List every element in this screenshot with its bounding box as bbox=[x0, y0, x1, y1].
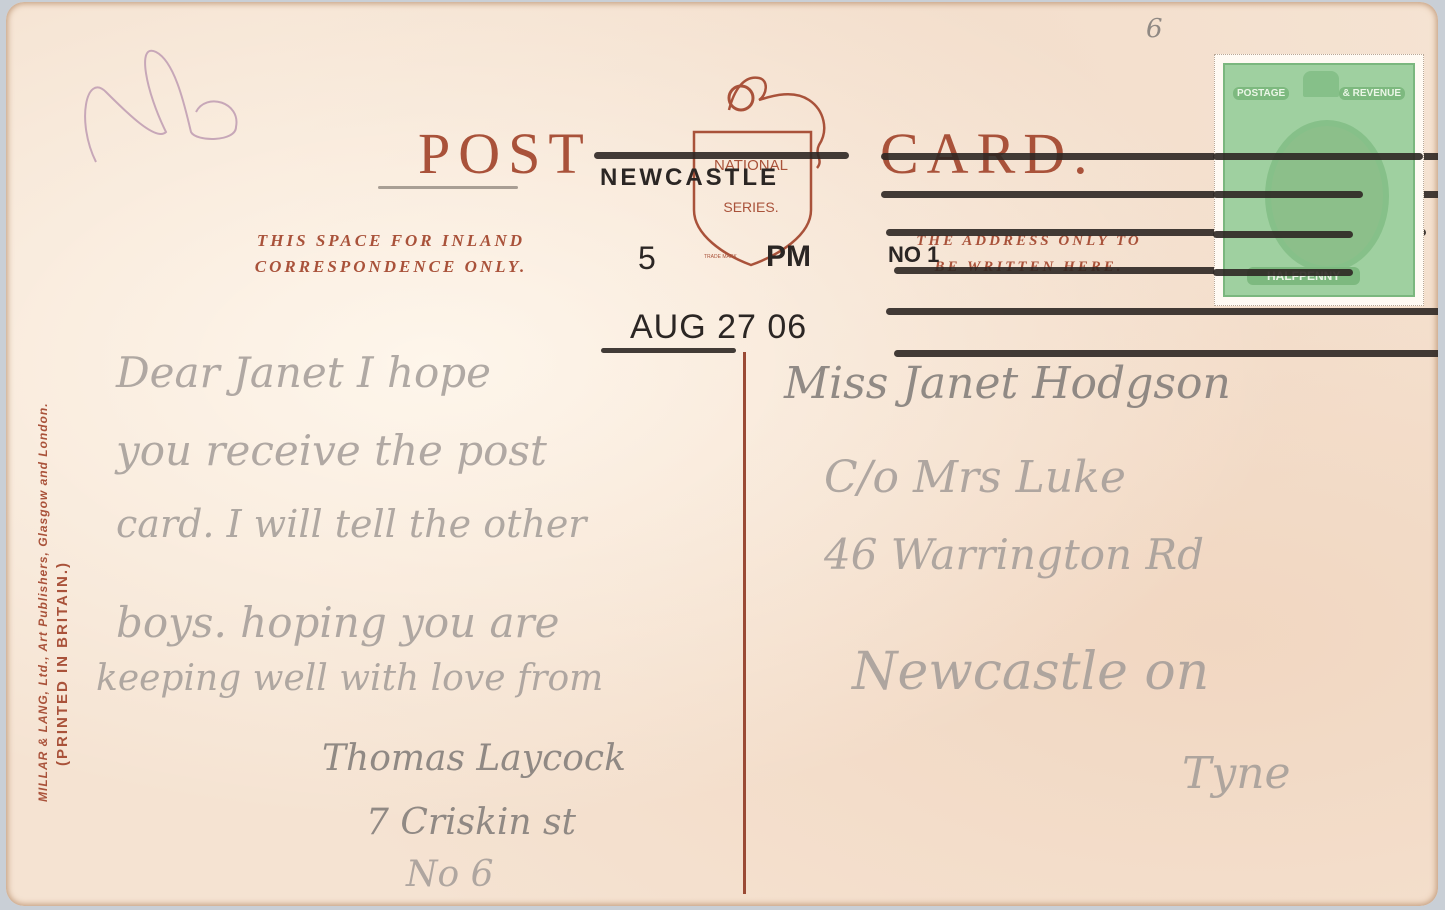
message-line-5: keeping well with love from bbox=[96, 658, 603, 699]
corner-mark: 6 bbox=[1146, 14, 1163, 44]
halfpenny-stamp: POSTAGE & REVENUE HALFPENNY bbox=[1214, 54, 1424, 306]
signature-district: No 6 bbox=[406, 854, 494, 895]
address-line-2: C/o Mrs Luke bbox=[824, 452, 1126, 503]
message-line-3: card. I will tell the other bbox=[116, 502, 586, 546]
left-instruction-line-1: THIS SPACE FOR INLAND bbox=[176, 228, 606, 254]
address-line-4: Newcastle on bbox=[852, 642, 1209, 702]
center-divider bbox=[743, 352, 746, 894]
stamp-top-left: POSTAGE bbox=[1233, 87, 1289, 100]
message-line-1: Dear Janet I hope bbox=[116, 348, 491, 397]
signature-street: 7 Criskin st bbox=[366, 802, 576, 843]
crest-trade: TRADE MARK bbox=[704, 254, 737, 260]
address-line-5: Tyne bbox=[1182, 748, 1291, 799]
address-line-1: Miss Janet Hodgson bbox=[784, 358, 1231, 409]
printed-in-line: (PRINTED IN BRITAIN.) bbox=[54, 402, 71, 802]
address-line-3: 46 Warrington Rd bbox=[824, 530, 1204, 579]
stamp-top-right: & REVENUE bbox=[1339, 87, 1405, 100]
title-post: POST bbox=[418, 120, 592, 187]
message-line-4: boys. hoping you are bbox=[116, 598, 559, 647]
postmark-office: NO 1 bbox=[888, 242, 939, 268]
message-line-2: you receive the post bbox=[116, 426, 547, 475]
left-instruction-line-2: CORRESPONDENCE ONLY. bbox=[176, 254, 606, 280]
postmark-town: NEWCASTLE bbox=[600, 164, 779, 192]
signature-name: Thomas Laycock bbox=[322, 738, 626, 779]
postcard-back: 6 POST CARD. NATIONAL SERIES. TRADE MARK… bbox=[6, 2, 1438, 906]
pencil-doodle bbox=[66, 32, 266, 172]
left-instruction: THIS SPACE FOR INLAND CORRESPONDENCE ONL… bbox=[176, 228, 606, 280]
crest-text-2: SERIES. bbox=[723, 199, 778, 215]
postmark-hour: 5 bbox=[638, 240, 656, 277]
postmark-ampm: PM bbox=[766, 240, 811, 274]
publisher-imprint: MILLAR & LANG, Ltd., Art Publishers, Gla… bbox=[36, 402, 71, 802]
publisher-line: MILLAR & LANG, Ltd., Art Publishers, Gla… bbox=[36, 402, 50, 802]
postmark-date: AUG 27 06 bbox=[630, 308, 807, 347]
crown-icon bbox=[1303, 71, 1339, 97]
